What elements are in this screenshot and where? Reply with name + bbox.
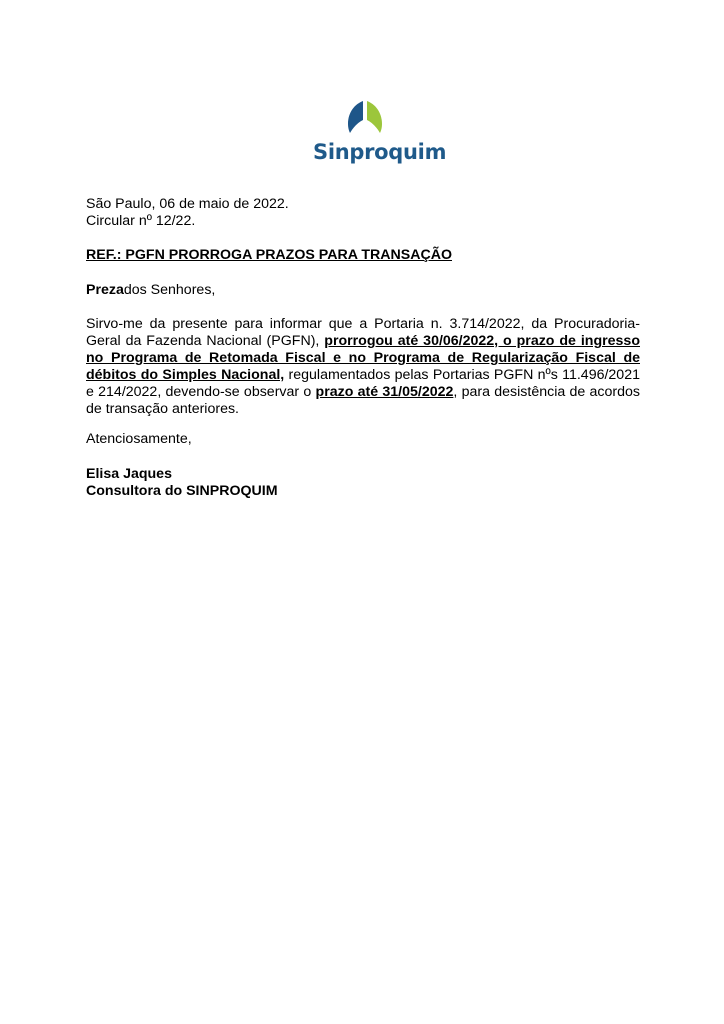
- leaf-logo-icon: [346, 100, 384, 138]
- reference-heading: REF.: PGFN PRORROGA PRAZOS PARA TRANSAÇÃ…: [86, 247, 640, 264]
- logo-text: Sinproquim: [313, 140, 423, 164]
- place-date: São Paulo, 06 de maio de 2022.: [86, 196, 640, 213]
- body-paragraph: Sirvo-me da presente para informar que a…: [86, 316, 640, 418]
- signature-title: Consultora do SINPROQUIM: [86, 483, 640, 500]
- sinproquim-logo: Sinproquim: [310, 100, 420, 170]
- body-highlight-withdrawal: prazo até 31/05/2022: [316, 384, 454, 400]
- closing: Atenciosamente,: [86, 431, 640, 448]
- greeting-bold: Preza: [86, 282, 124, 298]
- circular-number: Circular nº 12/22.: [86, 213, 640, 230]
- greeting-rest: dos Senhores,: [124, 282, 216, 298]
- signature-name: Elisa Jaques: [86, 466, 640, 483]
- document-page: Sinproquim São Paulo, 06 de maio de 2022…: [0, 0, 724, 1024]
- greeting: Prezados Senhores,: [86, 282, 640, 299]
